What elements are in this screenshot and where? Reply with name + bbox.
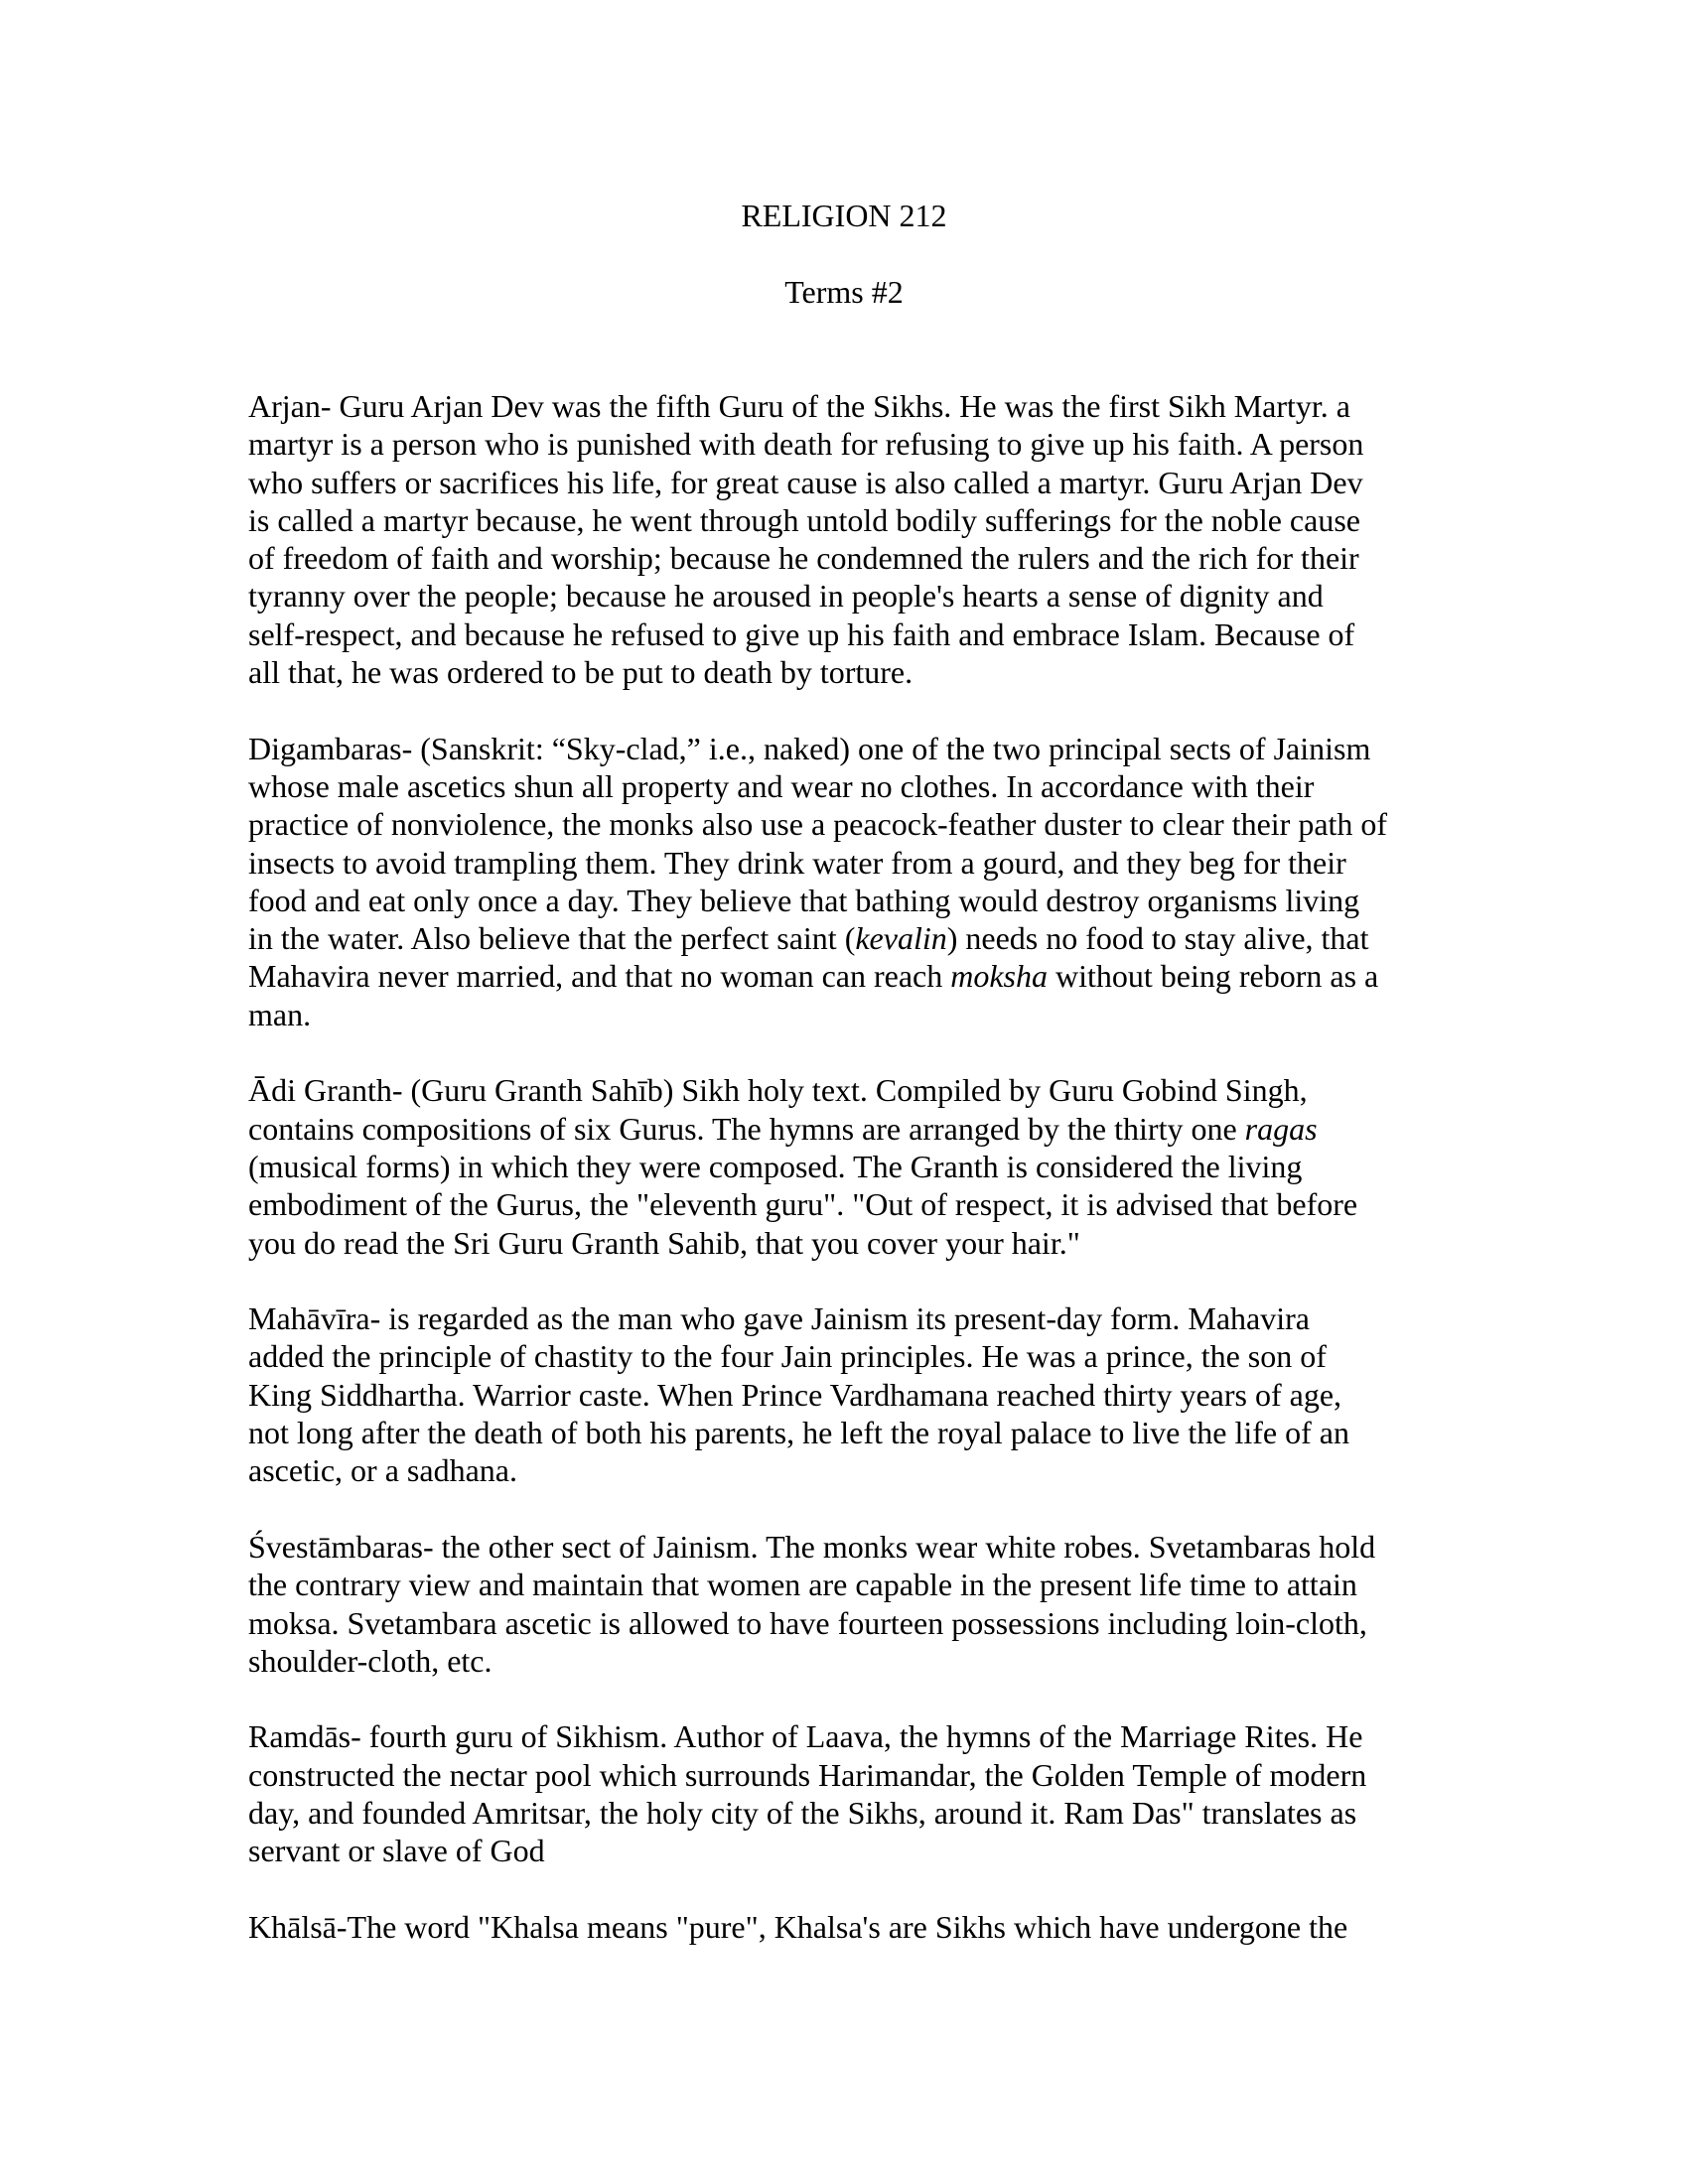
text-run: King Siddhartha. Warrior caste. When Pri… (248, 1377, 1341, 1413)
italic-term: kevalin (855, 920, 946, 956)
text-line: whose male ascetics shun all property an… (248, 767, 1489, 805)
text-line: day, and founded Amritsar, the holy city… (248, 1794, 1489, 1832)
text-line: all that, he was ordered to be put to de… (248, 653, 1489, 691)
text-run: not long after the death of both his par… (248, 1415, 1349, 1450)
text-run: added the principle of chastity to the f… (248, 1338, 1327, 1374)
text-run: martyr is a person who is punished with … (248, 426, 1363, 462)
text-line: King Siddhartha. Warrior caste. When Pri… (248, 1376, 1489, 1414)
text-run: in the water. Also believe that the perf… (248, 920, 855, 956)
text-run: Mahāvīra- is regarded as the man who gav… (248, 1300, 1310, 1336)
text-run: is called a martyr because, he went thro… (248, 502, 1360, 538)
text-run: of freedom of faith and worship; because… (248, 540, 1359, 576)
text-line: in the water. Also believe that the perf… (248, 919, 1489, 957)
text-line: is called a martyr because, he went thro… (248, 501, 1489, 539)
text-run: whose male ascetics shun all property an… (248, 768, 1314, 804)
text-run: ascetic, or a sadhana. (248, 1452, 517, 1488)
text-run: self-respect, and because he refused to … (248, 616, 1354, 652)
text-line: Mahāvīra- is regarded as the man who gav… (248, 1299, 1489, 1337)
document-subtitle: Terms #2 (0, 273, 1688, 311)
term-entry: Digambaras- (Sanskrit: “Sky-clad,” i.e.,… (248, 730, 1489, 1033)
text-line: Ramdās- fourth guru of Sikhism. Author o… (248, 1717, 1489, 1755)
text-line: ascetic, or a sadhana. (248, 1451, 1489, 1489)
text-line: added the principle of chastity to the f… (248, 1337, 1489, 1375)
italic-term: ragas (1245, 1111, 1318, 1147)
terms-list: Arjan- Guru Arjan Dev was the fifth Guru… (248, 387, 1489, 1983)
text-line: not long after the death of both his par… (248, 1414, 1489, 1451)
term-entry: Śvestāmbaras- the other sect of Jainism.… (248, 1528, 1489, 1680)
text-run: Śvestāmbaras- the other sect of Jainism.… (248, 1529, 1375, 1565)
text-run: Digambaras- (Sanskrit: “Sky-clad,” i.e.,… (248, 731, 1370, 766)
text-line: (musical forms) in which they were compo… (248, 1148, 1489, 1185)
text-line: who suffers or sacrifices his life, for … (248, 464, 1489, 501)
text-line: the contrary view and maintain that wome… (248, 1566, 1489, 1603)
term-entry: Ramdās- fourth guru of Sikhism. Author o… (248, 1717, 1489, 1869)
text-line: of freedom of faith and worship; because… (248, 539, 1489, 577)
italic-term: moksha (950, 958, 1048, 994)
text-line: insects to avoid trampling them. They dr… (248, 844, 1489, 882)
text-line: man. (248, 996, 1489, 1033)
text-run: Arjan- Guru Arjan Dev was the fifth Guru… (248, 388, 1350, 424)
text-line: constructed the nectar pool which surrou… (248, 1756, 1489, 1794)
term-entry: Mahāvīra- is regarded as the man who gav… (248, 1299, 1489, 1489)
text-line: moksa. Svetambara ascetic is allowed to … (248, 1604, 1489, 1642)
text-run: moksa. Svetambara ascetic is allowed to … (248, 1605, 1367, 1641)
text-line: contains compositions of six Gurus. The … (248, 1110, 1489, 1148)
course-title: RELIGION 212 (0, 197, 1688, 234)
text-line: food and eat only once a day. They belie… (248, 882, 1489, 919)
term-entry: Ādi Granth- (Guru Granth Sahīb) Sikh hol… (248, 1071, 1489, 1261)
text-line: Khālsā-The word "Khalsa means "pure", Kh… (248, 1908, 1489, 1946)
text-run: the contrary view and maintain that wome… (248, 1567, 1357, 1602)
text-line: tyranny over the people; because he arou… (248, 577, 1489, 614)
text-line: martyr is a person who is punished with … (248, 425, 1489, 463)
text-run: Ramdās- fourth guru of Sikhism. Author o… (248, 1718, 1362, 1754)
text-run: insects to avoid trampling them. They dr… (248, 845, 1346, 881)
text-run: without being reborn as a (1048, 958, 1378, 994)
text-run: shoulder-cloth, etc. (248, 1643, 492, 1679)
text-run: day, and founded Amritsar, the holy city… (248, 1795, 1356, 1831)
text-line: self-respect, and because he refused to … (248, 615, 1489, 653)
text-run: constructed the nectar pool which surrou… (248, 1757, 1366, 1793)
text-run: Mahavira never married, and that no woma… (248, 958, 950, 994)
text-run: food and eat only once a day. They belie… (248, 883, 1359, 918)
text-line: shoulder-cloth, etc. (248, 1642, 1489, 1680)
text-line: Digambaras- (Sanskrit: “Sky-clad,” i.e.,… (248, 730, 1489, 767)
text-run: you do read the Sri Guru Granth Sahib, t… (248, 1225, 1080, 1261)
text-line: practice of nonviolence, the monks also … (248, 805, 1489, 843)
text-run: Khālsā-The word "Khalsa means "pure", Kh… (248, 1909, 1347, 1945)
document-page: RELIGION 212 Terms #2 Arjan- Guru Arjan … (0, 0, 1688, 2184)
text-run: Ādi Granth- (Guru Granth Sahīb) Sikh hol… (248, 1072, 1308, 1108)
text-run: ) needs no food to stay alive, that (947, 920, 1369, 956)
text-run: tyranny over the people; because he arou… (248, 578, 1324, 614)
text-run: man. (248, 997, 311, 1032)
text-run: contains compositions of six Gurus. The … (248, 1111, 1245, 1147)
text-line: Mahavira never married, and that no woma… (248, 957, 1489, 995)
text-line: embodiment of the Gurus, the "eleventh g… (248, 1185, 1489, 1223)
text-run: who suffers or sacrifices his life, for … (248, 465, 1363, 500)
text-run: all that, he was ordered to be put to de… (248, 654, 913, 690)
text-line: Arjan- Guru Arjan Dev was the fifth Guru… (248, 387, 1489, 425)
term-entry: Khālsā-The word "Khalsa means "pure", Kh… (248, 1908, 1489, 1946)
term-entry: Arjan- Guru Arjan Dev was the fifth Guru… (248, 387, 1489, 691)
text-line: Ādi Granth- (Guru Granth Sahīb) Sikh hol… (248, 1071, 1489, 1109)
text-line: Śvestāmbaras- the other sect of Jainism.… (248, 1528, 1489, 1566)
text-run: embodiment of the Gurus, the "eleventh g… (248, 1186, 1357, 1222)
text-run: (musical forms) in which they were compo… (248, 1149, 1302, 1184)
text-run: practice of nonviolence, the monks also … (248, 806, 1387, 842)
text-run: servant or slave of God (248, 1833, 545, 1868)
text-line: servant or slave of God (248, 1832, 1489, 1869)
text-line: you do read the Sri Guru Granth Sahib, t… (248, 1224, 1489, 1262)
